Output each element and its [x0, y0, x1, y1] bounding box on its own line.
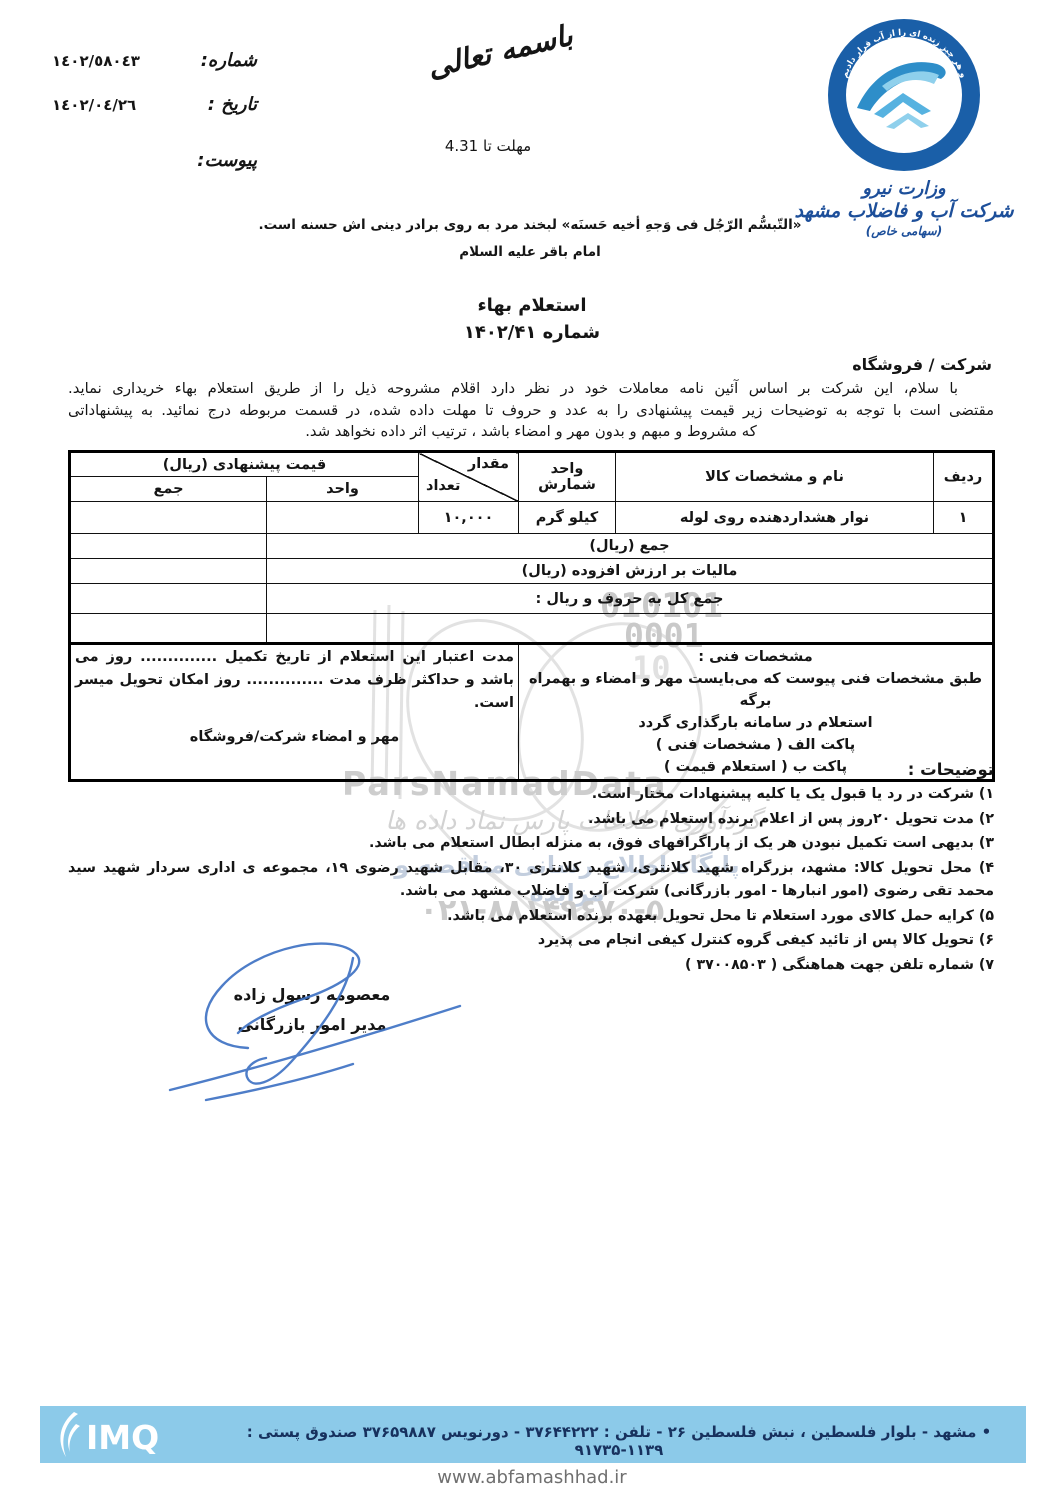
- note-item-5: ۵) کرایه حمل کالای مورد استعلام تا محل ت…: [68, 905, 994, 929]
- table-row: ۱ نوار هشداردهنده روی لوله کیلو گرم ۱۰,۰…: [70, 502, 994, 534]
- doc-date-value: ١٤٠٢/٠٤/٢٦: [52, 94, 136, 114]
- sum-value-cell: [70, 534, 267, 559]
- sum-row: جمع (ریال): [70, 534, 994, 559]
- doc-date-label: تاریخ :: [208, 94, 257, 115]
- cell-total-price: [70, 502, 267, 534]
- cell-item-name: نوار هشداردهنده روی لوله: [616, 502, 934, 534]
- tech-specs-line2: استعلام در سامانه بارگذاری گردد: [523, 712, 988, 734]
- besmellah-calligraphy: باسمه تعالی: [418, 16, 582, 85]
- intro-line3: که مشروط و مبهم و بدون مهر و امضاء باشد …: [68, 421, 994, 443]
- quantity-label-bottom: تعداد: [426, 478, 460, 494]
- grand-total-value-cell: [70, 584, 267, 614]
- imq-text: IMQ: [86, 1418, 159, 1457]
- note-item-1: ۱) شرکت در رد یا قبول یک یا کلیه پیشنهاد…: [68, 783, 994, 807]
- empty-cell-wide: [267, 614, 994, 644]
- col-header-row-no: ردیف: [934, 452, 994, 502]
- intro-paragraph: با سلام، این شرکت بر اساس آئین نامه معام…: [68, 378, 994, 443]
- doc-attachment-label: پیوست:: [197, 150, 257, 171]
- tech-specs-envelope-a: پاکت الف ( مشخصات فنی ): [523, 734, 988, 756]
- tech-specs-title: مشخصات فنی :: [523, 646, 988, 668]
- letterhead-stamp-block: شماره: ١٤٠٢/٥٨٠٤٣ تاریخ : ١٤٠٢/٠٤/٢٦ پیو…: [52, 50, 257, 190]
- col-header-item-name: نام و مشخصات کالا: [616, 452, 934, 502]
- hadith-quote: «التّبسُّم الرّجُل فی وَجهِ أخیه حَسنَه»…: [200, 215, 860, 262]
- vat-value-cell: [70, 559, 267, 584]
- cell-unit-price: [267, 502, 419, 534]
- col-header-proposed-price: قیمت پیشنهادی (ریال): [70, 452, 419, 477]
- vat-label: مالیات بر ارزش افزوده (ریال): [267, 559, 994, 584]
- quantity-label-top: مقدار: [468, 456, 509, 472]
- col-header-count-unit: واحد شمارش: [519, 452, 616, 502]
- deadline-text: مهلت تا 4.31: [418, 137, 558, 155]
- handwritten-signature: [148, 930, 488, 1110]
- footer-website: www.abfamashhad.ir: [0, 1467, 1064, 1488]
- imq-logo: IMQ: [54, 1410, 204, 1460]
- cell-count-unit: کیلو گرم: [519, 502, 616, 534]
- note-item-2: ۲) مدت تحویل ۲۰روز پس از اعلام برنده است…: [68, 808, 994, 832]
- grand-total-row: جمع کل به حروف و ریال :: [70, 584, 994, 614]
- document-title: استعلام بهاء شماره ۱۴۰۲/۴۱: [382, 292, 682, 346]
- hadith-attribution: امام باقر علیه السلام: [200, 242, 860, 262]
- validity-text: مدت اعتبار این استعلام از تاریخ تکمیل ..…: [75, 646, 514, 715]
- inquiry-document-page: 010101 0001 10 ParsNamadData گردآوری اطل…: [0, 0, 1064, 1503]
- title-line2: شماره ۱۴۰۲/۴۱: [382, 319, 682, 346]
- cell-row-no: ۱: [934, 502, 994, 534]
- intro-line1: با سلام، این شرکت بر اساس آئین نامه معام…: [68, 378, 994, 400]
- price-inquiry-table: ردیف نام و مشخصات کالا واحد شمارش مقدار …: [68, 450, 995, 782]
- tech-specs-line1: طبق مشخصات فنی پیوست که می‌بایست مهر و ا…: [523, 668, 988, 712]
- col-header-quantity: مقدار تعداد: [419, 452, 519, 502]
- intro-line2: مقتضی است با توجه به توضیحات زیر قیمت پی…: [68, 400, 994, 422]
- notes-heading: توضیحات :: [68, 760, 994, 779]
- empty-row: [70, 614, 994, 644]
- note-item-3: ۳) بدیهی است تکمیل نبودن هر یک از پاراگر…: [68, 832, 994, 856]
- company-logo-block: و هر چیز زنده ای را از آب قرار دادیم وزا…: [792, 14, 1016, 238]
- empty-cell-total: [70, 614, 267, 644]
- grand-total-label: جمع کل به حروف و ریال :: [267, 584, 994, 614]
- salutation: شرکت / فروشگاه: [68, 355, 992, 374]
- hadith-line1: «التّبسُّم الرّجُل فی وَجهِ أخیه حَسنَه»…: [200, 215, 860, 235]
- cell-quantity: ۱۰,۰۰۰: [419, 502, 519, 534]
- note-item-4: ۴) محل تحویل کالا: مشهد، بزرگراه شهید کل…: [68, 857, 994, 904]
- footer-bar: IMQ • مشهد - بلوار فلسطین ، نبش فلسطین ۲…: [40, 1406, 1026, 1463]
- water-company-logo-icon: و هر چیز زنده ای را از آب قرار دادیم: [824, 14, 984, 176]
- doc-number-value: ١٤٠٢/٥٨٠٤٣: [52, 50, 140, 70]
- col-header-total-price: جمع: [70, 477, 267, 502]
- col-header-unit-price: واحد: [267, 477, 419, 502]
- doc-number-label: شماره:: [201, 50, 257, 71]
- sum-label: جمع (ریال): [267, 534, 994, 559]
- seal-signature-label: مهر و امضاء شرکت/فروشگاه: [75, 729, 514, 745]
- footer-address: • مشهد - بلوار فلسطین ، نبش فلسطین ۲۶ - …: [230, 1423, 1008, 1459]
- ministry-name: وزارت نیرو: [792, 178, 1016, 199]
- vat-row: مالیات بر ارزش افزوده (ریال): [70, 559, 994, 584]
- title-line1: استعلام بهاء: [382, 292, 682, 319]
